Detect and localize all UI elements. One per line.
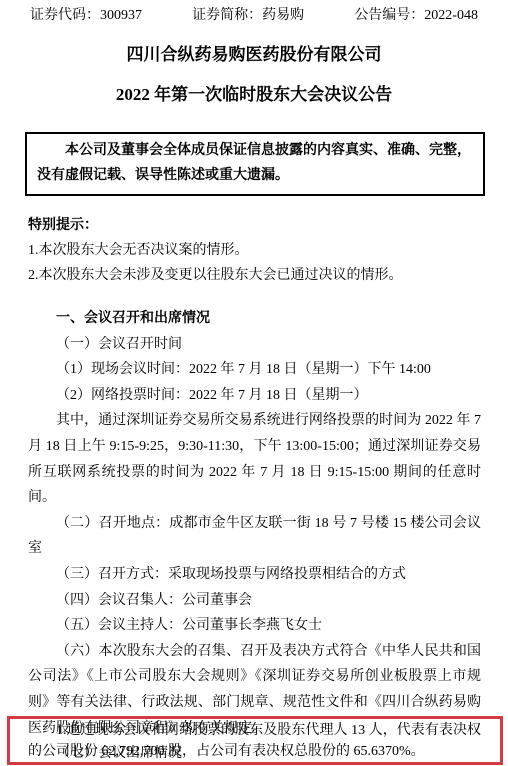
paragraph-method: （三）召开方式：采取现场投票与网络投票相结合的方式 (28, 562, 481, 588)
paragraph-onsite-time: （1）现场会议时间：2022 年 7 月 18 日（星期一）下午 14:00 (28, 357, 481, 383)
paragraph-chairperson: （五）会议主持人：公司董事长李燕飞女士 (28, 613, 481, 639)
special-note-item-2: 2.本次股东大会未涉及变更以往股东大会已通过决议的情形。 (28, 263, 481, 288)
company-title: 四川合纵药易购医药股份有限公司 (0, 42, 508, 68)
paragraph-convener: （四）会议召集人：公司董事会 (28, 588, 481, 614)
announcement-number: 公告编号：2022-048 (354, 6, 478, 26)
section-heading-1: 一、会议召开和出席情况 (28, 306, 481, 332)
announcement-document: 证券代码：300937 证券简称：药易购 公告编号：2022-048 四川合纵药… (0, 0, 508, 766)
disclaimer-text: 本公司及董事会全体成员保证信息披露的内容真实、准确、完整，没有虚假记载、误导性陈… (37, 143, 471, 183)
highlight-text: 1.通过现场会议和网络投票的股东及股东代理人 13 人，代表有表决权的公司股份 … (28, 720, 481, 762)
document-body: 特别提示： 1.本次股东大会无否决议案的情形。 2.本次股东大会未涉及变更以往股… (0, 213, 508, 766)
paragraph-online-vote-time: （2）网络投票时间：2022 年 7 月 18 日（星期一） (28, 383, 481, 409)
paragraph-meeting-time: （一）会议召开时间 (28, 332, 481, 358)
paragraph-location: （二）召开地点：成都市金牛区友联一街 18 号 7 号楼 15 楼公司会议室 (28, 511, 481, 562)
stock-code: 证券代码：300937 (30, 6, 142, 26)
stock-abbr: 证券简称：药易购 (192, 6, 304, 26)
disclaimer-box: 本公司及董事会全体成员保证信息披露的内容真实、准确、完整，没有虚假记载、误导性陈… (25, 132, 485, 196)
paragraph-vote-time-detail: 其中，通过深圳证券交易所交易系统进行网络投票的时间为 2022 年 7 月 18… (28, 408, 481, 510)
special-note-item-1: 1.本次股东大会无否决议案的情形。 (28, 238, 481, 263)
highlight-box: 1.通过现场会议和网络投票的股东及股东代理人 13 人，代表有表决权的公司股份 … (7, 716, 503, 765)
document-header: 证券代码：300937 证券简称：药易购 公告编号：2022-048 (0, 0, 508, 26)
special-note-heading: 特别提示： (28, 213, 481, 238)
announcement-title: 2022 年第一次临时股东大会决议公告 (0, 82, 508, 108)
